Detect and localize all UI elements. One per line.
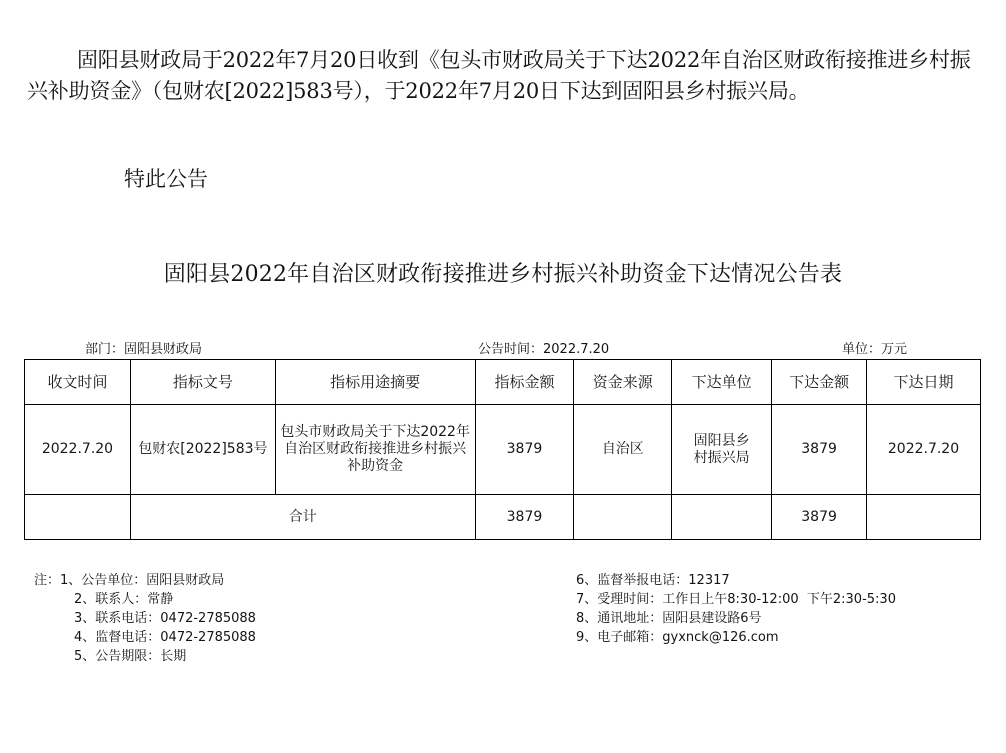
header-issued-amount: 下达金额 xyxy=(772,360,867,405)
cell-purpose: 包头市财政局关于下达2022年自治区财政衔接推进乡村振兴补助资金 xyxy=(275,405,475,495)
table-title: 固阳县2022年自治区财政衔接推进乡村振兴补助资金下达情况公告表 xyxy=(0,260,1006,290)
note-report-hotline: 6、监督举报电话：12317 xyxy=(576,571,896,590)
notes-left: 注：1、公告单位：固阳县财政局 2、联系人：常静 3、联系电话：0472-278… xyxy=(34,571,256,666)
notes-right: 6、监督举报电话：12317 7、受理时间：工作日上午8:30-12:00 下午… xyxy=(576,571,896,647)
notice-paragraph: 固阳县财政局于2022年7月20日收到《包头市财政局关于下达2022年自治区财政… xyxy=(27,45,982,107)
note-announcement-period: 5、公告期限：长期 xyxy=(34,647,256,666)
header-issue-date: 下达日期 xyxy=(867,360,981,405)
total-issued-amount: 3879 xyxy=(772,495,867,540)
unit-label: 单位：万元 xyxy=(842,342,907,358)
total-label: 合计 xyxy=(130,495,475,540)
table-row: 2022.7.20 包财农[2022]583号 包头市财政局关于下达2022年自… xyxy=(25,405,981,495)
note-contact-person: 2、联系人：常静 xyxy=(34,590,256,609)
note-email: 9、电子邮箱：gyxnck@126.com xyxy=(576,628,896,647)
cell-doc-number: 包财农[2022]583号 xyxy=(130,405,275,495)
note-contact-phone: 3、联系电话：0472-2785088 xyxy=(34,609,256,628)
note-office-hours: 7、受理时间：工作日上午8:30-12:00 下午2:30-5:30 xyxy=(576,590,896,609)
cell-amount: 3879 xyxy=(475,405,574,495)
note-address: 8、通讯地址：固阳县建设路6号 xyxy=(576,609,896,628)
header-received-date: 收文时间 xyxy=(25,360,131,405)
header-doc-number: 指标文号 xyxy=(130,360,275,405)
cell-received-date: 2022.7.20 xyxy=(25,405,131,495)
cell-recipient: 固阳县乡村振兴局 xyxy=(672,405,772,495)
note-publisher: 注：1、公告单位：固阳县财政局 xyxy=(34,571,256,590)
cell-fund-source: 自治区 xyxy=(574,405,672,495)
announce-time-label: 公告时间：2022.7.20 xyxy=(478,342,609,358)
header-amount: 指标金额 xyxy=(475,360,574,405)
total-row: 合计 3879 3879 xyxy=(25,495,981,540)
table-header-row: 收文时间 指标文号 指标用途摘要 指标金额 资金来源 下达单位 下达金额 下达日… xyxy=(25,360,981,405)
allocation-table: 收文时间 指标文号 指标用途摘要 指标金额 资金来源 下达单位 下达金额 下达日… xyxy=(24,359,981,540)
total-amount: 3879 xyxy=(475,495,574,540)
department-label: 部门：固阳县财政局 xyxy=(85,342,202,358)
total-empty-cell xyxy=(867,495,981,540)
cell-issued-amount: 3879 xyxy=(772,405,867,495)
header-purpose: 指标用途摘要 xyxy=(275,360,475,405)
header-fund-source: 资金来源 xyxy=(574,360,672,405)
cell-issue-date: 2022.7.20 xyxy=(867,405,981,495)
total-empty-cell xyxy=(672,495,772,540)
notice-closing: 特此公告 xyxy=(124,165,208,193)
header-recipient: 下达单位 xyxy=(672,360,772,405)
note-supervision-phone: 4、监督电话：0472-2785088 xyxy=(34,628,256,647)
total-empty-cell xyxy=(574,495,672,540)
total-empty-cell xyxy=(25,495,131,540)
